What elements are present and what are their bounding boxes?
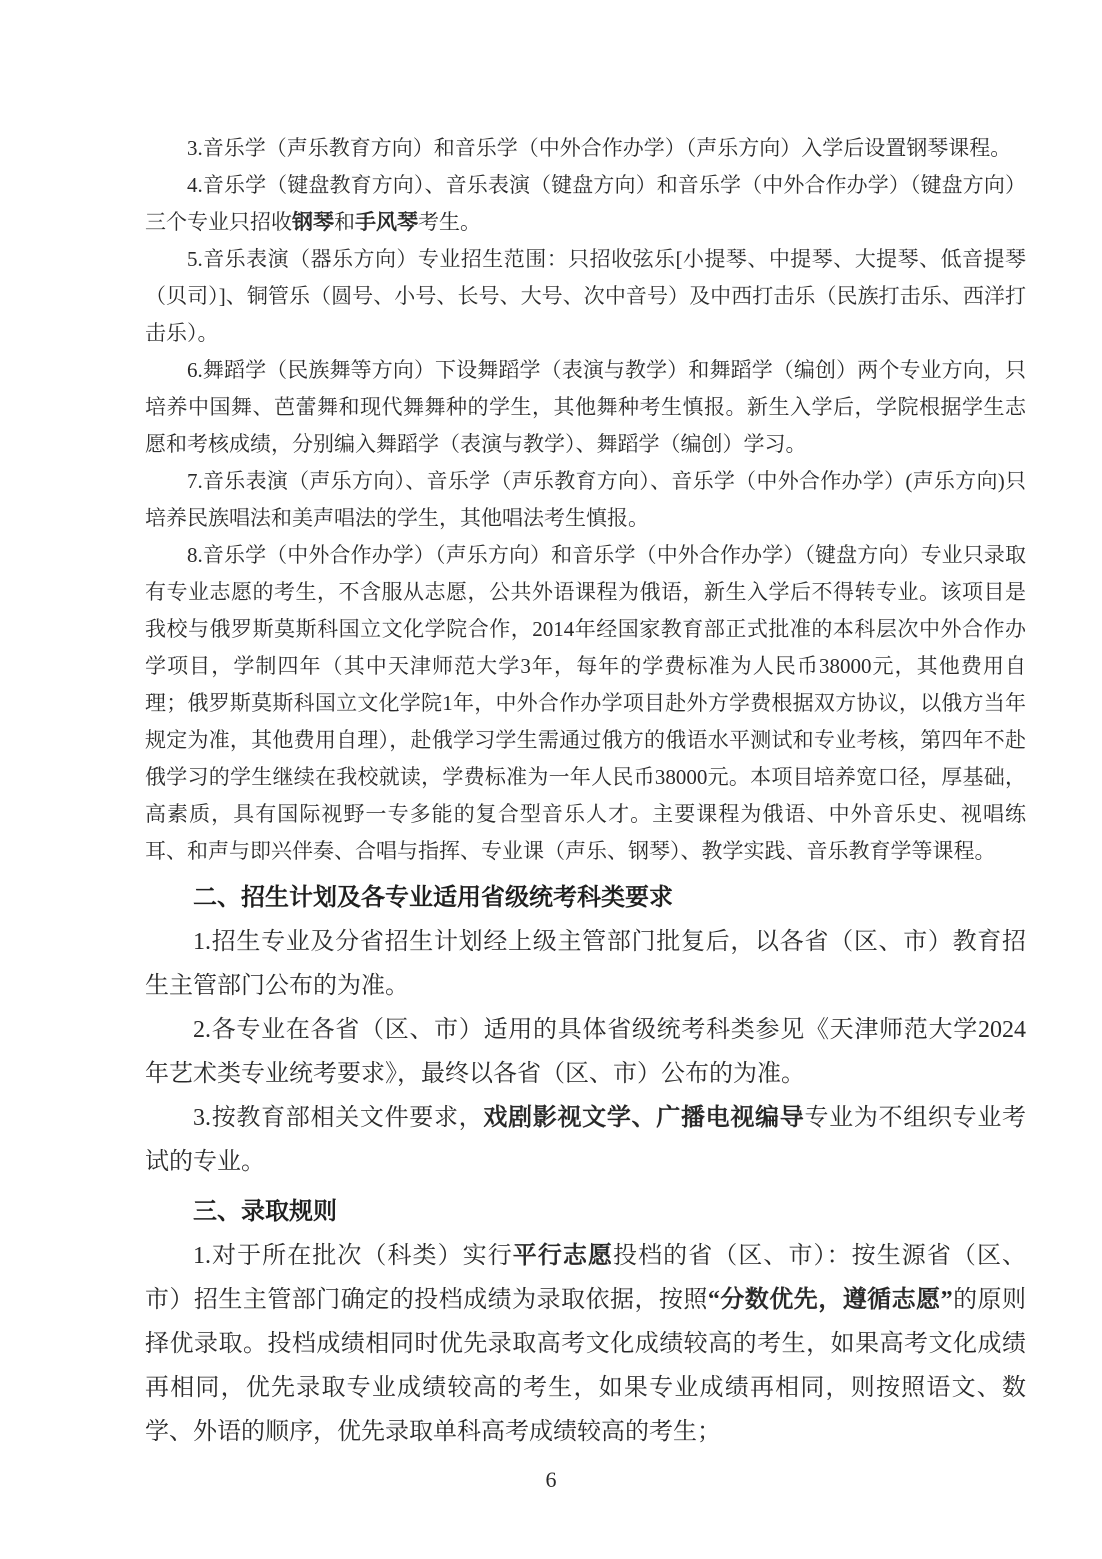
text-run: 和 [334,210,355,234]
page-number: 6 [0,1466,1102,1494]
paragraph: 4.音乐学（键盘教育方向）、音乐表演（键盘方向）和音乐学（中外合作办学）（键盘方… [145,167,1026,241]
paragraph: 3.按教育部相关文件要求，戏剧影视文学、广播电视编导专业为不组织专业考试的专业。 [145,1096,1026,1184]
document-page: 3.音乐学（声乐教育方向）和音乐学（中外合作办学）（声乐方向）入学后设置钢琴课程… [0,0,1102,1559]
paragraph: 6.舞蹈学（民族舞等方向）下设舞蹈学（表演与教学）和舞蹈学（编创）两个专业方向，… [145,352,1026,463]
paragraph: 5.音乐表演（器乐方向）专业招生范围：只招收弦乐[小提琴、中提琴、大提琴、低音提… [145,241,1026,352]
text-run: 7.音乐表演（声乐方向）、音乐学（声乐教育方向）、音乐学（中外合作办学）(声乐方… [145,469,1026,530]
section-heading: 三、录取规则 [145,1190,1026,1234]
paragraph: 3.音乐学（声乐教育方向）和音乐学（中外合作办学）（声乐方向）入学后设置钢琴课程… [145,130,1026,167]
text-run: 考生。 [418,210,481,234]
document-body: 3.音乐学（声乐教育方向）和音乐学（中外合作办学）（声乐方向）入学后设置钢琴课程… [145,130,1026,1454]
section-heading: 二、招生计划及各专业适用省级统考科类要求 [145,876,1026,920]
text-run: 1.对于所在批次（科类）实行 [193,1243,513,1269]
bold-text-run: 三、录取规则 [193,1198,337,1225]
text-run: 2.各专业在各省（区、市）适用的具体省级统考科类参见《天津师范大学2024年艺术… [145,1017,1026,1087]
paragraph: 8.音乐学（中外合作办学）（声乐方向）和音乐学（中外合作办学）（键盘方向）专业只… [145,537,1026,870]
text-run: 3.按教育部相关文件要求， [193,1105,483,1131]
paragraph: 1.对于所在批次（科类）实行平行志愿投档的省（区、市）：按生源省（区、市）招生主… [145,1234,1026,1454]
text-run: 5.音乐表演（器乐方向）专业招生范围：只招收弦乐[小提琴、中提琴、大提琴、低音提… [145,247,1026,345]
text-run: 1.招生专业及分省招生计划经上级主管部门批复后，以各省（区、市）教育招生主管部门… [145,929,1026,999]
bold-text-run: 二、招生计划及各专业适用省级统考科类要求 [193,884,673,911]
paragraph: 2.各专业在各省（区、市）适用的具体省级统考科类参见《天津师范大学2024年艺术… [145,1008,1026,1096]
text-run: 4.音乐学（键盘教育方向）、音乐表演（键盘方向）和音乐学（中外合作办学）（键盘方… [145,173,1026,234]
text-run: 3.音乐学（声乐教育方向）和音乐学（中外合作办学）（声乐方向）入学后设置钢琴课程… [187,136,1011,160]
text-run: 6.舞蹈学（民族舞等方向）下设舞蹈学（表演与教学）和舞蹈学（编创）两个专业方向，… [145,358,1026,456]
bold-text-run: 平行志愿 [513,1243,613,1269]
paragraph: 1.招生专业及分省招生计划经上级主管部门批复后，以各省（区、市）教育招生主管部门… [145,920,1026,1008]
bold-text-run: 戏剧影视文学、广播电视编导 [483,1105,804,1131]
bold-text-run: 钢琴 [292,210,334,234]
text-run: 8.音乐学（中外合作办学）（声乐方向）和音乐学（中外合作办学）（键盘方向）专业只… [145,543,1026,863]
bold-text-run: 手风琴 [355,210,418,234]
bold-text-run: “分数优先，遵循志愿” [708,1287,953,1313]
paragraph: 7.音乐表演（声乐方向）、音乐学（声乐教育方向）、音乐学（中外合作办学）(声乐方… [145,463,1026,537]
